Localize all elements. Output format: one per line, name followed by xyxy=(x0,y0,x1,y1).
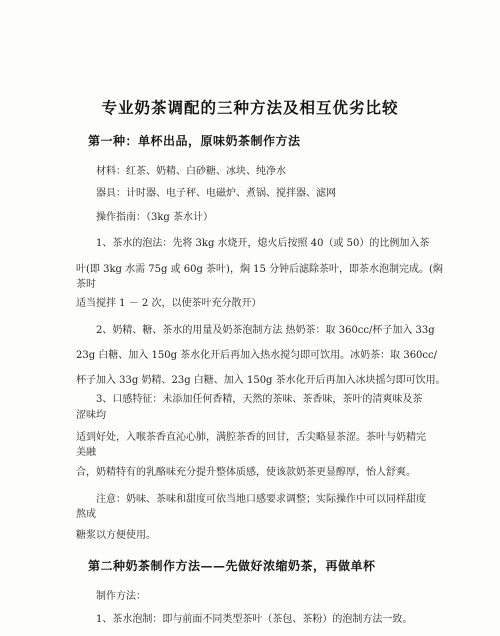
section2-step1: 1、茶水泡制：即与前面不同类型茶叶（茶包、茶粉）的泡制方法一致。 xyxy=(96,613,412,627)
step2-line-1: 2、奶精、糖、茶水的用量及奶茶泡制方法 热奶茶：取 360cc/杯子加入 33g xyxy=(96,324,435,338)
step3-line-5: 合，奶精特有的乳酪味充分提升整体质感，使该款奶茶更显醇厚，怡人舒爽。 xyxy=(76,466,416,480)
step1-line-3: 茶时 xyxy=(76,278,96,292)
step2-line-3: 杯子加入 33g 奶精、23g 白糖、加入 150g 茶水化开后再加入冰块摇匀即… xyxy=(76,374,446,388)
step1-line-2: 叶(即 3kg 水需 75g 或 60g 茶叶)，焖 15 分钟后滤除茶叶，即茶… xyxy=(76,263,443,277)
guide-line: 操作指南：（3kg 茶水计） xyxy=(96,211,213,225)
note-line-2: 熬成 xyxy=(76,508,96,522)
step1-line-1: 1、茶水的泡法：先将 3kg 水烧开，熄火后按照 40（或 50）的比例加入茶 xyxy=(96,237,429,251)
step3-line-4: 美融 xyxy=(76,446,96,460)
section-1-heading: 第一种：单杯出品，原味奶茶制作方法 xyxy=(88,134,301,148)
document-title: 专业奶茶调配的三种方法及相互优劣比较 xyxy=(0,96,500,118)
note-line-1: 注意：奶味、茶味和甜度可依当地口感要求调整；实际操作中可以同样甜度 xyxy=(96,493,426,507)
materials-line: 材料：红茶、奶精、白砂糖、冰块、纯净水 xyxy=(96,165,286,179)
step1-line-4: 适当搅拌 1 － 2 次，以使茶叶充分散开） xyxy=(76,297,261,311)
note-line-3: 糖浆以方便使用。 xyxy=(76,529,156,543)
section-2-heading: 第二种奶茶制作方法——先做好浓缩奶茶，再做单杯 xyxy=(88,559,376,573)
step3-line-3: 适到好处，入喉茶香直沁心肺，满腔茶香的回甘，舌尖略显茶涩。茶叶与奶精完 xyxy=(76,431,426,445)
step3-line-1: 3、口感特征：未添加任何香精，天然的茶味、茶香味，茶叶的清爽味及茶 xyxy=(96,393,422,407)
step3-line-2: 涩味均 xyxy=(76,409,106,423)
method-label: 制作方法： xyxy=(96,590,146,604)
tools-line: 器具：计时器、电子秤、电磁炉、煮锅、搅拌器、滤网 xyxy=(96,187,336,201)
step2-line-2: 23g 白糖、加入 150g 茶水化开后再加入热水搅匀即可饮用。冰奶茶：取 36… xyxy=(76,349,437,363)
